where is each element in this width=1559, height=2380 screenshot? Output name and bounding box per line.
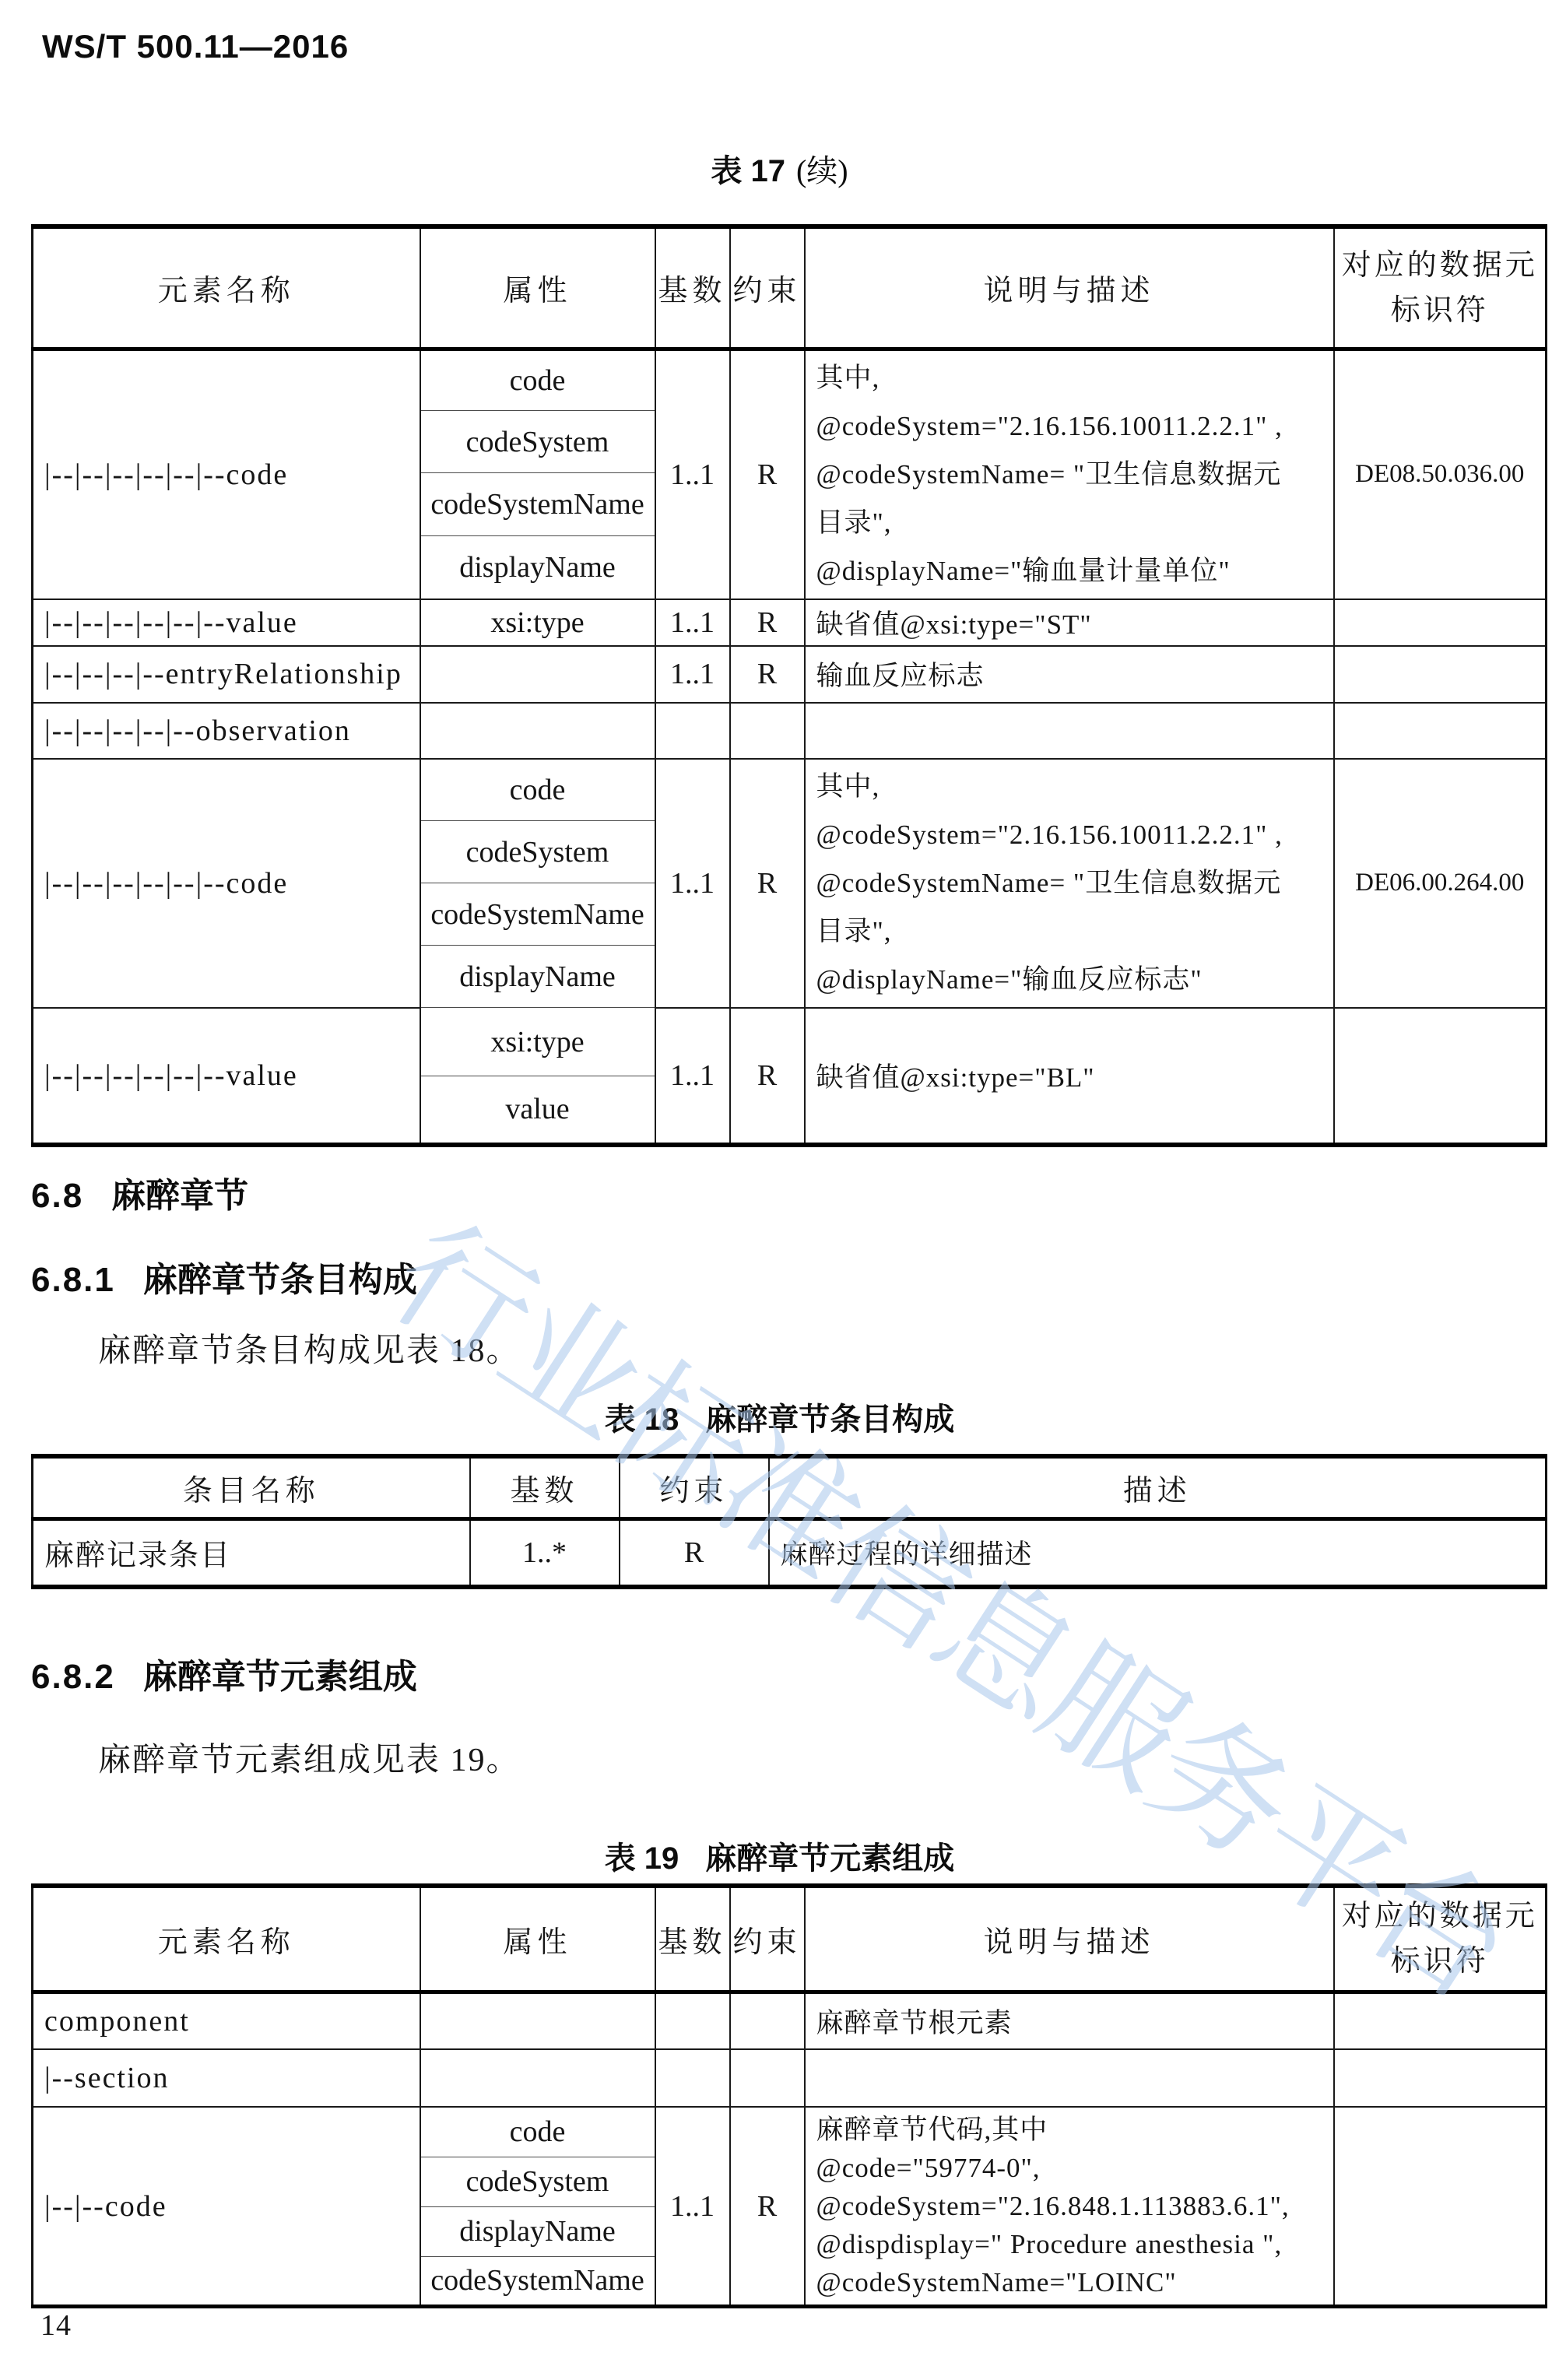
element-name-cell: |--|--|--|--|--observation (33, 703, 420, 759)
description-cell: 缺省值@xsi:type="ST" (805, 599, 1334, 646)
attr-cell (420, 703, 655, 759)
table18-title-prefix: 表 18 (605, 1402, 679, 1437)
t17-header-de: 对应的数据元 标识符 (1334, 226, 1547, 349)
de-identifier-cell (1334, 1008, 1547, 1145)
attr-cell: codeSystemName (420, 473, 655, 536)
t17-header-element: 元素名称 (33, 226, 420, 349)
section-heading-6-8: 6.8麻醉章节 (31, 1167, 248, 1217)
t19-header-desc: 说明与描述 (805, 1886, 1334, 1992)
cardinality-cell: 1..1 (655, 2107, 730, 2307)
section-number: 6.8 (31, 1177, 83, 1215)
page-number: 14 (40, 2308, 72, 2343)
constraint-cell: R (730, 646, 805, 703)
entry-name-cell: 麻醉记录条目 (33, 1518, 470, 1587)
table17-title: 表 17(续) (0, 146, 1559, 191)
attr-cell: codeSystem (420, 821, 655, 883)
constraint-cell (730, 703, 805, 759)
cardinality-cell: 1..1 (655, 349, 730, 599)
constraint-cell: R (730, 349, 805, 599)
element-name-cell: |--|--|--|--entryRelationship (33, 646, 420, 703)
de-identifier-cell (1334, 1992, 1547, 2049)
element-name-cell: |--|--code (33, 2107, 420, 2307)
description-cell: 麻醉章节根元素 (805, 1992, 1334, 2049)
constraint-cell: R (620, 1518, 769, 1587)
de-identifier-cell (1334, 2107, 1547, 2307)
table19-title-text: 麻醉章节元素组成 (705, 1841, 954, 1876)
constraint-cell (730, 1992, 805, 2049)
de-identifier-cell: DE06.00.264.00 (1334, 759, 1547, 1008)
table-19: 元素名称 属性 基数 约束 说明与描述 对应的数据元 标识符 component… (31, 1883, 1547, 2308)
table17-title-suffix: (续) (796, 153, 848, 188)
t18-header-card: 基数 (470, 1456, 620, 1518)
attr-cell: value (420, 1076, 655, 1145)
t19-header-attr: 属性 (420, 1886, 655, 1992)
document-page: WS/T 500.11—2016 表 17(续) 元素名称 属性 基数 约束 说… (0, 0, 1559, 2380)
cardinality-cell: 1..1 (655, 599, 730, 646)
table-18: 条目名称 基数 约束 描述 麻醉记录条目 1..* R 麻醉过程的详细描述 (31, 1454, 1547, 1589)
t18-header-desc: 描述 (769, 1456, 1547, 1518)
constraint-cell: R (730, 759, 805, 1008)
table18-title: 表 18麻醉章节条目构成 (0, 1395, 1559, 1439)
section-number: 6.8.2 (31, 1658, 115, 1696)
de-identifier-cell (1334, 2049, 1547, 2107)
t19-header-constraint: 约束 (730, 1886, 805, 1992)
constraint-cell: R (730, 1008, 805, 1145)
table19-title: 表 19麻醉章节元素组成 (0, 1834, 1559, 1878)
cardinality-cell: 1..* (470, 1518, 620, 1587)
attr-cell: codeSystem (420, 2157, 655, 2206)
attr-cell: codeSystemName (420, 883, 655, 946)
attr-cell (420, 646, 655, 703)
description-cell: 其中, @codeSystem="2.16.156.10011.2.2.1" ,… (805, 759, 1334, 1008)
cardinality-cell (655, 1992, 730, 2049)
section-title: 麻醉章节条目构成 (143, 1261, 417, 1299)
constraint-cell: R (730, 599, 805, 646)
table19-title-prefix: 表 19 (605, 1841, 679, 1876)
cardinality-cell: 1..1 (655, 1008, 730, 1145)
description-cell: 输血反应标志 (805, 646, 1334, 703)
constraint-cell (730, 2049, 805, 2107)
attr-cell (420, 1992, 655, 2049)
de-identifier-cell (1334, 599, 1547, 646)
attr-cell: code (420, 349, 655, 411)
cardinality-cell (655, 2049, 730, 2107)
attr-cell: displayName (420, 2206, 655, 2256)
description-cell: 麻醉章节代码,其中 @code="59774-0", @codeSystem="… (805, 2107, 1334, 2307)
t19-header-card: 基数 (655, 1886, 730, 1992)
table18-title-text: 麻醉章节条目构成 (705, 1402, 954, 1437)
section-heading-6-8-2: 6.8.2麻醉章节元素组成 (31, 1648, 417, 1698)
paragraph-see-table-19: 麻醉章节元素组成见表 19。 (98, 1734, 521, 1781)
table-17: 元素名称 属性 基数 约束 说明与描述 对应的数据元 标识符 |--|--|--… (31, 224, 1547, 1147)
t19-header-de: 对应的数据元 标识符 (1334, 1886, 1547, 1992)
de-identifier-cell (1334, 703, 1547, 759)
attr-cell (420, 2049, 655, 2107)
description-cell: 麻醉过程的详细描述 (769, 1518, 1547, 1587)
attr-cell: displayName (420, 536, 655, 599)
element-name-cell: |--|--|--|--|--|--code (33, 759, 420, 1008)
t17-header-desc: 说明与描述 (805, 226, 1334, 349)
description-cell: 缺省值@xsi:type="BL" (805, 1008, 1334, 1145)
t18-header-name: 条目名称 (33, 1456, 470, 1518)
attr-cell: code (420, 759, 655, 821)
paragraph-see-table-18: 麻醉章节条目构成见表 18。 (98, 1325, 521, 1371)
description-cell (805, 2049, 1334, 2107)
section-title: 麻醉章节元素组成 (143, 1658, 417, 1696)
de-identifier-cell (1334, 646, 1547, 703)
cardinality-cell (655, 703, 730, 759)
element-name-cell: |--|--|--|--|--|--value (33, 599, 420, 646)
t19-header-element: 元素名称 (33, 1886, 420, 1992)
attr-cell: codeSystem (420, 411, 655, 473)
attr-cell: displayName (420, 946, 655, 1008)
cardinality-cell: 1..1 (655, 646, 730, 703)
element-name-cell: |--section (33, 2049, 420, 2107)
description-cell: 其中, @codeSystem="2.16.156.10011.2.2.1" ,… (805, 349, 1334, 599)
t17-header-attr: 属性 (420, 226, 655, 349)
attr-cell: xsi:type (420, 1008, 655, 1076)
t17-header-constraint: 约束 (730, 226, 805, 349)
constraint-cell: R (730, 2107, 805, 2307)
t18-header-constraint: 约束 (620, 1456, 769, 1518)
attr-cell: xsi:type (420, 599, 655, 646)
description-cell (805, 703, 1334, 759)
attr-cell: codeSystemName (420, 2256, 655, 2306)
section-heading-6-8-1: 6.8.1麻醉章节条目构成 (31, 1251, 417, 1301)
element-name-cell: |--|--|--|--|--|--value (33, 1008, 420, 1145)
section-number: 6.8.1 (31, 1261, 115, 1299)
element-name-cell: component (33, 1992, 420, 2049)
section-title: 麻醉章节 (111, 1177, 248, 1215)
attr-cell: code (420, 2107, 655, 2157)
de-identifier-cell: DE08.50.036.00 (1334, 349, 1547, 599)
element-name-cell: |--|--|--|--|--|--code (33, 349, 420, 599)
table17-title-prefix: 表 17 (711, 154, 785, 188)
cardinality-cell: 1..1 (655, 759, 730, 1008)
t17-header-card: 基数 (655, 226, 730, 349)
doc-code-header: WS/T 500.11—2016 (42, 28, 349, 65)
